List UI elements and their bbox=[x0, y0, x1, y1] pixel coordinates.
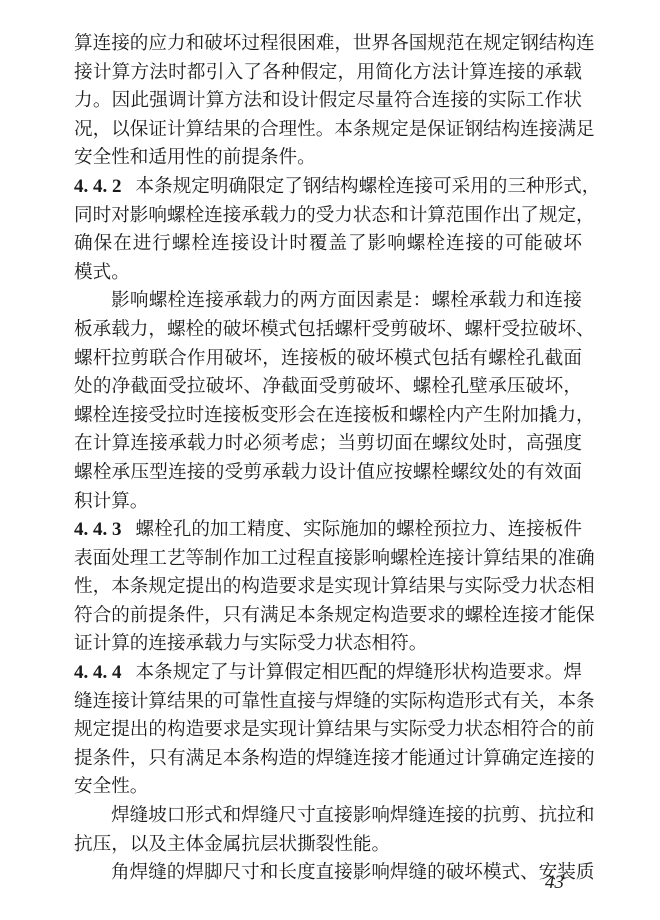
clause-number: 4. 4. 4 bbox=[74, 662, 122, 683]
text-line: 螺杆拉剪联合作用破坏，连接板的破坏模式包括有螺栓孔截面 bbox=[74, 345, 582, 374]
text-line: 在计算连接承载力时必须考虑；当剪切面在螺纹处时，高强度 bbox=[74, 430, 582, 459]
text-line: 同时对影响螺栓连接承载力的受力状态和计算范围作出了规定， bbox=[74, 202, 582, 231]
text-line: 安全性和适用性的前提条件。 bbox=[74, 144, 582, 173]
text-line: 螺栓孔的加工精度、实际施加的螺栓预拉力、连接板件 bbox=[136, 519, 582, 540]
clause-4-4-4: 4. 4. 4本条规定了与计算假定相匹配的焊缝形状构造要求。焊 缝连接计算结果的… bbox=[74, 659, 582, 802]
text-line: 角焊缝的焊脚尺寸和长度直接影响焊缝的破坏模式、安装质 bbox=[74, 859, 582, 888]
text-line: 螺栓承压型连接的受剪承载力设计值应按螺栓螺纹处的有效面 bbox=[74, 459, 582, 488]
paragraph-intro-continuation: 算连接的应力和破坏过程很困难，世界各国规范在规定钢结构连 接计算方法时都引入了各… bbox=[74, 30, 582, 173]
paragraph-bolt-factors: 影响螺栓连接承载力的两方面因素是：螺栓承载力和连接 板承载力，螺栓的破坏模式包括… bbox=[74, 287, 582, 516]
paragraph-weld-groove: 焊缝坡口形式和焊缝尺寸直接影响焊缝连接的抗剪、抗拉和 抗压，以及主体金属抗层状撕… bbox=[74, 802, 582, 859]
text-line: 接计算方法时都引入了各种假定，用简化方法计算连接的承载 bbox=[74, 59, 582, 88]
text-line: 模式。 bbox=[74, 259, 582, 288]
clause-number: 4. 4. 3 bbox=[74, 519, 122, 540]
text-line: 安全性。 bbox=[74, 773, 582, 802]
text-line: 证计算的连接承载力与实际受力状态相符。 bbox=[74, 630, 582, 659]
text-line: 符合的前提条件，只有满足本条规定构造要求的螺栓连接才能保 bbox=[74, 602, 582, 631]
text-line: 规定提出的构造要求是实现计算结果与实际受力状态相符合的前 bbox=[74, 716, 582, 745]
clause-number: 4. 4. 2 bbox=[74, 176, 122, 197]
text-line: 抗压，以及主体金属抗层状撕裂性能。 bbox=[74, 831, 582, 860]
text-line: 力。因此强调计算方法和设计假定尽量符合连接的实际工作状 bbox=[74, 87, 582, 116]
text-line: 提条件，只有满足本条构造的焊缝连接才能通过计算确定连接的 bbox=[74, 745, 582, 774]
text-line: 本条规定了与计算假定相匹配的焊缝形状构造要求。焊 bbox=[136, 662, 582, 683]
text-line: 本条规定明确限定了钢结构螺栓连接可采用的三种形式， bbox=[136, 176, 601, 197]
text-line: 板承载力，螺栓的破坏模式包括螺杆受剪破坏、螺杆受拉破坏、 bbox=[74, 316, 582, 345]
text-line: 螺栓连接受拉时连接板变形会在连接板和螺栓内产生附加撬力， bbox=[74, 402, 582, 431]
clause-4-4-3: 4. 4. 3螺栓孔的加工精度、实际施加的螺栓预拉力、连接板件 表面处理工艺等制… bbox=[74, 516, 582, 659]
text-line: 积计算。 bbox=[74, 488, 582, 517]
document-page: 算连接的应力和破坏过程很困难，世界各国规范在规定钢结构连 接计算方法时都引入了各… bbox=[74, 30, 582, 888]
text-line: 影响螺栓连接承载力的两方面因素是：螺栓承载力和连接 bbox=[74, 287, 582, 316]
text-line: 性，本条规定提出的构造要求是实现计算结果与实际受力状态相 bbox=[74, 573, 582, 602]
text-line: 算连接的应力和破坏过程很困难，世界各国规范在规定钢结构连 bbox=[74, 30, 582, 59]
text-line: 表面处理工艺等制作加工过程直接影响螺栓连接计算结果的准确 bbox=[74, 545, 582, 574]
text-line: 处的净截面受拉破坏、净截面受剪破坏、螺栓孔壁承压破坏， bbox=[74, 373, 582, 402]
text-line: 况，以保证计算结果的合理性。本条规定是保证钢结构连接满足 bbox=[74, 116, 582, 145]
clause-4-4-2: 4. 4. 2本条规定明确限定了钢结构螺栓连接可采用的三种形式， 同时对影响螺栓… bbox=[74, 173, 582, 287]
paragraph-fillet-weld: 角焊缝的焊脚尺寸和长度直接影响焊缝的破坏模式、安装质 bbox=[74, 859, 582, 888]
text-line: 确保在进行螺栓连接设计时覆盖了影响螺栓连接的可能破坏 bbox=[74, 230, 582, 259]
page-number: 43 bbox=[545, 872, 564, 894]
text-line: 缝连接计算结果的可靠性直接与焊缝的实际构造形式有关，本条 bbox=[74, 688, 582, 717]
text-line: 焊缝坡口形式和焊缝尺寸直接影响焊缝连接的抗剪、抗拉和 bbox=[74, 802, 582, 831]
